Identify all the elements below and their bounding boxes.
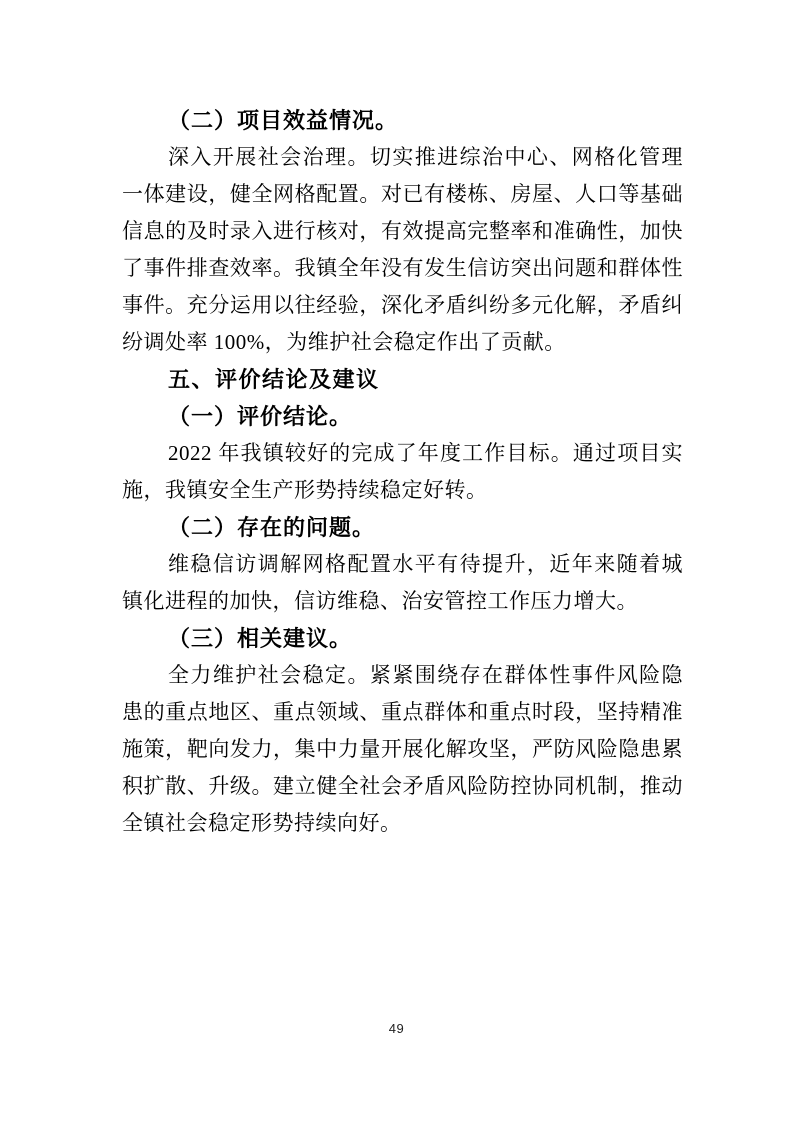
page-number: 49 <box>0 1021 793 1036</box>
heading-related-suggestions: （三）相关建议。 <box>122 620 683 657</box>
document-body: （二）项目效益情况。 深入开展社会治理。切实推进综治中心、网格化管理一体建设，健… <box>122 102 683 842</box>
document-page: （二）项目效益情况。 深入开展社会治理。切实推进综治中心、网格化管理一体建设，健… <box>0 0 793 1122</box>
paragraph-2022-goals: 2022 年我镇较好的完成了年度工作目标。通过项目实施，我镇安全生产形势持续稳定… <box>122 435 683 509</box>
heading-evaluation-conclusion: （一）评价结论。 <box>122 398 683 435</box>
heading-existing-problems: （二）存在的问题。 <box>122 509 683 546</box>
heading-project-benefit: （二）项目效益情况。 <box>122 102 683 139</box>
paragraph-social-governance: 深入开展社会治理。切实推进综治中心、网格化管理一体建设，健全网格配置。对已有楼栋… <box>122 139 683 361</box>
paragraph-related-suggestions: 全力维护社会稳定。紧紧围绕存在群体性事件风险隐患的重点地区、重点领域、重点群体和… <box>122 657 683 842</box>
paragraph-existing-problems: 维稳信访调解网格配置水平有待提升，近年来随着城镇化进程的加快，信访维稳、治安管控… <box>122 546 683 620</box>
heading-evaluation-conclusion-and-suggestions: 五、评价结论及建议 <box>122 361 683 398</box>
